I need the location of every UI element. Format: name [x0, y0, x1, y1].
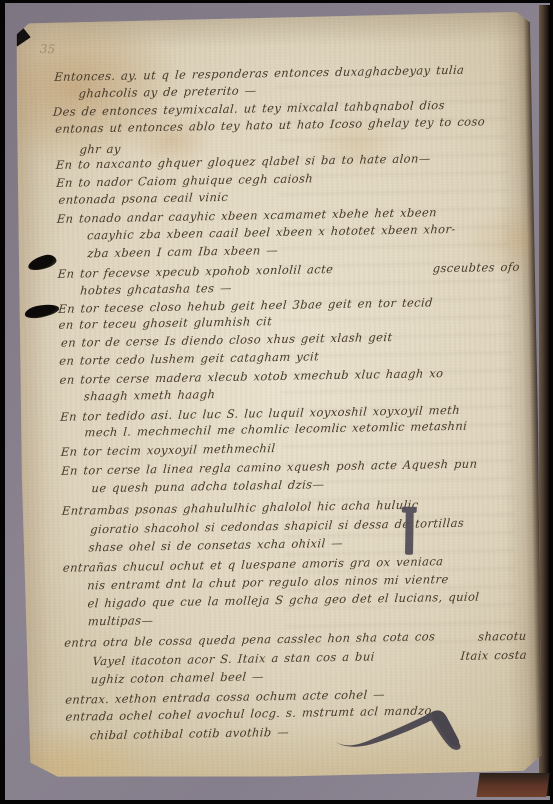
line-text: el higado que cue la molleja S gcha geo …: [87, 592, 480, 609]
manuscript-line: entra otra ble cossa queda pena casslec …: [24, 629, 542, 649]
manuscript-line: el higado que cue la molleja S gcha geo …: [23, 590, 541, 610]
manuscript-line: multipas—: [24, 608, 542, 628]
manuscript-line: hobtes ghcatasha tes —: [18, 277, 536, 297]
line-text: En tor cerse la linea regla camino xques…: [61, 459, 478, 476]
manuscript-line: Entrambas psonas ghahululhic ghalolol hi…: [22, 497, 540, 517]
line-text: En tor fecevse xpecub xpohob xonlolil ac…: [57, 264, 333, 279]
line-text: Entrambas psonas ghahululhic ghalolol hi…: [62, 500, 419, 516]
manuscript-line: ue quesh puna adcha tolashal dzis—: [21, 475, 539, 495]
line-text: zba xbeen I cam Iba xbeen —: [87, 245, 278, 258]
line-text: Entonces. ay. ut q le responderas entonc…: [54, 65, 465, 82]
ink-smear: [331, 677, 472, 763]
manuscript-line: en torte cedo lushem geit catagham ycit: [19, 347, 537, 367]
manuscript-line: shaagh xmeth haagh: [20, 383, 538, 403]
line-text: chibal cothibal cotib avothib —: [90, 727, 290, 740]
line-text: en tor teceu ghoseit glumhish cit: [58, 316, 272, 330]
manuscript-line: gioratio shacohol si cedondas shapicil s…: [22, 516, 540, 536]
manuscript-text: Entonces. ay. ut q le responderas entonc…: [14, 64, 544, 743]
manuscript-line: Entonces. ay. ut q le responderas entonc…: [14, 64, 532, 84]
manuscript-line: entrañas chucul ochut et q luespane amor…: [23, 554, 541, 574]
line-text: ghahcolis ay de preterito —: [78, 85, 257, 98]
manuscript-line: En tor fecevse xpecub xpohob xonlolil ac…: [18, 260, 536, 280]
manuscript-line: entonas ut entonces ablo tey hato ut hat…: [15, 116, 533, 136]
manuscript-line: caayhic zba xbeen caail beel xbeen x hot…: [17, 223, 535, 243]
line-text: en torte cerse madera xlecub xotob xmech…: [59, 368, 443, 385]
line-text: Vayel itacoton acor S. Itaix a stan cos …: [92, 651, 375, 666]
manuscript-line: zba xbeen I cam Iba xbeen —: [17, 241, 535, 261]
book-cover-sliver: [476, 773, 549, 797]
manuscript-line: en tor de cerse Is diendo closo xhus gei…: [19, 329, 537, 349]
line-text: shase ohel si de consetas xcha ohixil —: [88, 538, 343, 552]
line-text: Des de entonces teymixcalal. ut tey mixc…: [53, 100, 446, 117]
manuscript-line: En tor tecim xoyxoyil methmechil: [21, 438, 539, 458]
page-number: 35: [40, 42, 56, 57]
line-text: ghr ay: [79, 144, 121, 155]
manuscript-line: Vayel itacoton acor S. Itaix a stan cos …: [25, 648, 543, 668]
manuscript-page: 35 Entonces. ay. ut q le responderas ent…: [13, 12, 544, 783]
line-text: entonas ut entonces ablo tey hato ut hat…: [55, 116, 486, 134]
manuscript-line: shase ohel si de consetas xcha ohixil —: [23, 534, 541, 554]
manuscript-line: En to nador Caiom ghuique cegh caiosh: [16, 170, 534, 190]
line-text: En tonado andar caayhic xbeen xcamamet x…: [57, 207, 438, 224]
manuscript-line: entonada psona ceail vinic: [16, 187, 534, 207]
margin-note: shacotu: [478, 631, 527, 642]
manuscript-line: En tonado andar caayhic xbeen xcamamet x…: [17, 206, 535, 226]
line-text: entonada psona ceail vinic: [58, 192, 228, 205]
line-text: ughiz coton chamel beel —: [91, 671, 265, 684]
manuscript-line: ghahcolis ay de preterito —: [15, 81, 533, 101]
line-text: hobtes ghcatasha tes —: [80, 283, 233, 296]
line-text: en tor de cerse Is diendo closo xhus gei…: [61, 332, 393, 348]
margin-note: gsceubtes ofo: [432, 262, 520, 274]
line-text: caayhic zba xbeen caail beel xbeen x hot…: [87, 224, 456, 240]
ink-mark: [405, 509, 414, 555]
line-text: ue quesh puna adcha tolashal dzis—: [91, 479, 325, 493]
manuscript-line: En tor cerse la linea regla camino xques…: [21, 457, 539, 477]
book-page-edges: [539, 5, 550, 796]
manuscript-line: en torte cerse madera xlecub xotob xmech…: [20, 366, 538, 386]
line-text: mech l. mechmechil me chomlic lecomlic x…: [84, 421, 467, 438]
line-text: nis entramt dnt la chut por regulo alos …: [87, 574, 449, 590]
line-text: En to nador Caiom ghuique cegh caiosh: [56, 173, 314, 187]
line-text: En tor tecim xoyxoyil methmechil: [61, 443, 276, 457]
line-text: entra otra ble cossa queda pena casslec …: [64, 631, 436, 647]
line-text: En tor tecese closo hehub geit heel 3bae…: [58, 297, 433, 314]
line-text: multipas—: [88, 615, 154, 626]
margin-note: Itaix costa: [460, 650, 527, 661]
line-text: en torte cedo lushem geit catagham ycit: [59, 351, 320, 366]
line-text: entrañas chucul ochut et q luespane amor…: [63, 556, 444, 573]
line-text: shaagh xmeth haagh: [84, 389, 216, 401]
